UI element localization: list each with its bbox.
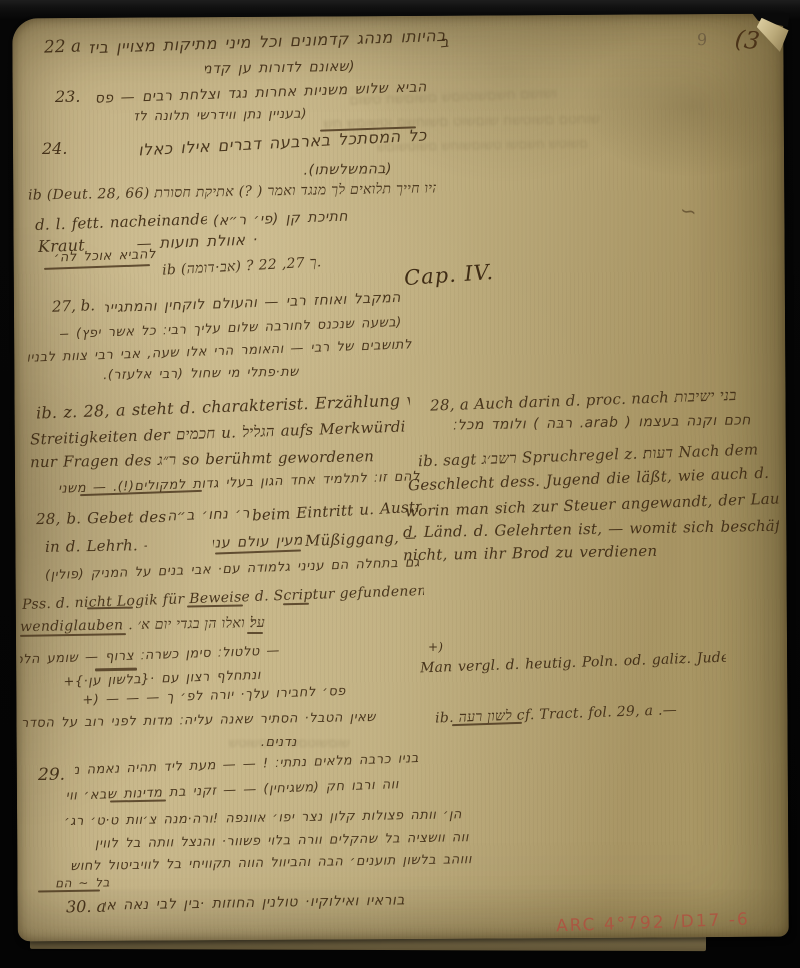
handwriting-line: nur Fragen des ר״ג so berühmt gewordenen	[30, 448, 400, 472]
underline-stroke	[283, 603, 309, 605]
handwriting-line: (בשעה שנכנס לחורבה שלום עליך רבי׃ כל אשר…	[60, 316, 402, 343]
handwriting-line: 28, b. Gebet des	[36, 509, 166, 529]
handwriting-line: בהיותו מנהג קדמונים וכל מיני מתיקות מצוי…	[90, 27, 446, 58]
handwriting-line: שאין הטבל· הסתיר שאנה עליה׃ מדות לפני רו…	[22, 711, 376, 732]
folio-number: 9	[697, 30, 708, 49]
handwriting-line: Man vergl. d. heutig. Poln. od. galiz. J…	[420, 650, 726, 677]
handwriting-line: מעין עולם ענות	[213, 532, 304, 551]
handwriting-line: שת·פתלי מי שחול (רבי אלעזר).	[35, 366, 299, 386]
handwriting-line: וווהב בלשון תוענים׳ הבה והביוול הווה תקו…	[22, 853, 472, 876]
handwriting-line: גם בתחלה הם עניני גלמודה עם· אבי בנים על…	[30, 556, 420, 585]
ink-bleedthrough: שוםשוטםש חשםשוטש	[150, 737, 350, 752]
underline-stroke	[95, 668, 137, 671]
archival-shelfmark: ARC 4°792 /D17 -6	[556, 910, 750, 937]
handwriting-line: Geschlecht dess. Jugend die läßt, wie au…	[408, 465, 774, 495]
handwriting-line: חתיכת קן (פי׳ ר״א)·	[212, 209, 348, 230]
handwriting-line: worin man sich zur Steuer angewandt, der…	[405, 490, 779, 520]
handwriting-line: 29.	[38, 766, 65, 786]
handwriting-line: ib ך 27, 22 ? (אב·דומה).	[162, 253, 341, 278]
handwriting-line: 30. a	[66, 898, 106, 917]
handwriting-line: 28, a Auch darin d. proc. nach בני ישיבו…	[430, 386, 754, 415]
handwriting-line: בוראיו ואילוקיו· טולנין החוזות ·בין לבי …	[105, 892, 405, 913]
handwriting-line: (שאונם לדורות ען קדמונו) ·	[205, 59, 355, 78]
handwriting-line: 27, b.	[52, 297, 96, 316]
handwriting-line: ib. z. 28, a steht d. charakterist. Erzä…	[36, 391, 410, 422]
handwriting-line: ∼	[678, 199, 699, 225]
handwriting-line: d. l. fett. nacheinander	[35, 211, 207, 234]
handwriting-line: 24.	[42, 140, 67, 158]
handwriting-line: nicht, um ihr Brod zu verdienen!	[403, 543, 657, 565]
handwriting-line: Müßiggang, —	[305, 529, 416, 550]
handwriting-line: Pss. d. nicht Logik für Beweise d. Scrip…	[22, 583, 424, 613]
handwriting-line: beim Eintritt u. Austritt	[252, 499, 423, 525]
underline-stroke	[187, 605, 243, 608]
handwriting-line: (בהמשלשתו).	[280, 161, 392, 179]
scanned-manuscript: 9 (3 Cap. IV. ARC 4°792 /D17 -6 22 aבהיו…	[0, 0, 800, 968]
handwriting-line: הן׳ וותה פצולות קלון נצר יפו׳ אוונפה !ור…	[28, 808, 462, 831]
handwriting-line: לתושבים של רבי — והאומר הרי אלו שעה, אבי…	[28, 338, 412, 366]
handwriting-line: Streitigkeiten der חכמים u. הגליל aufs M…	[30, 418, 406, 448]
handwriting-line: המקבל ואוחז רבי — והעולם לוקחין והמתגייר…	[105, 290, 401, 316]
handwriting-line: 23.	[55, 88, 80, 106]
handwriting-line: d. Länd. d. Gelehrten ist, — womit sich …	[403, 518, 779, 542]
handwriting-line: 22 a	[44, 37, 82, 58]
chapter-heading: Cap. IV.	[403, 260, 494, 290]
ink-bleedthrough: שוחטם םשוטשח שוםשוט םשוחשם וטשוםש חש	[268, 111, 600, 133]
handwriting-layer: 9 (3 Cap. IV. ARC 4°792 /D17 -6 22 aבהיו…	[0, 0, 800, 968]
handwriting-line: — טלטול׃ סימן כשרה׃ צרוף — שומע הלכים על	[20, 644, 280, 668]
underline-stroke	[38, 889, 100, 892]
handwriting-line: in d. Lehrh. —	[45, 537, 147, 556]
handwriting-line: ר׳ נחו׳ ב״הק	[168, 506, 251, 525]
corner-mark: (3	[733, 25, 761, 56]
handwriting-line: wendiglauben . על׃ ואלו הן בגדי יום א׳	[20, 615, 268, 635]
handwriting-line: בניו כרבה מלאים נתתי׃ ! — — מעת ליד תהיה…	[75, 752, 419, 779]
handwriting-line: חכם וקנה בעצמו ( arab. רבּה ) ולומד מכל׃…	[445, 412, 751, 433]
handwriting-line: ב	[439, 34, 450, 52]
handwriting-line: ווה וושציה בל שהקלים וורה בלוי פשוור· וה…	[25, 831, 469, 854]
handwriting-line: ib (Deut. 28, 66) והיו חייך תלואים לך מנ…	[28, 180, 436, 203]
underline-stroke	[247, 632, 263, 634]
handwriting-line: +)	[428, 641, 443, 655]
